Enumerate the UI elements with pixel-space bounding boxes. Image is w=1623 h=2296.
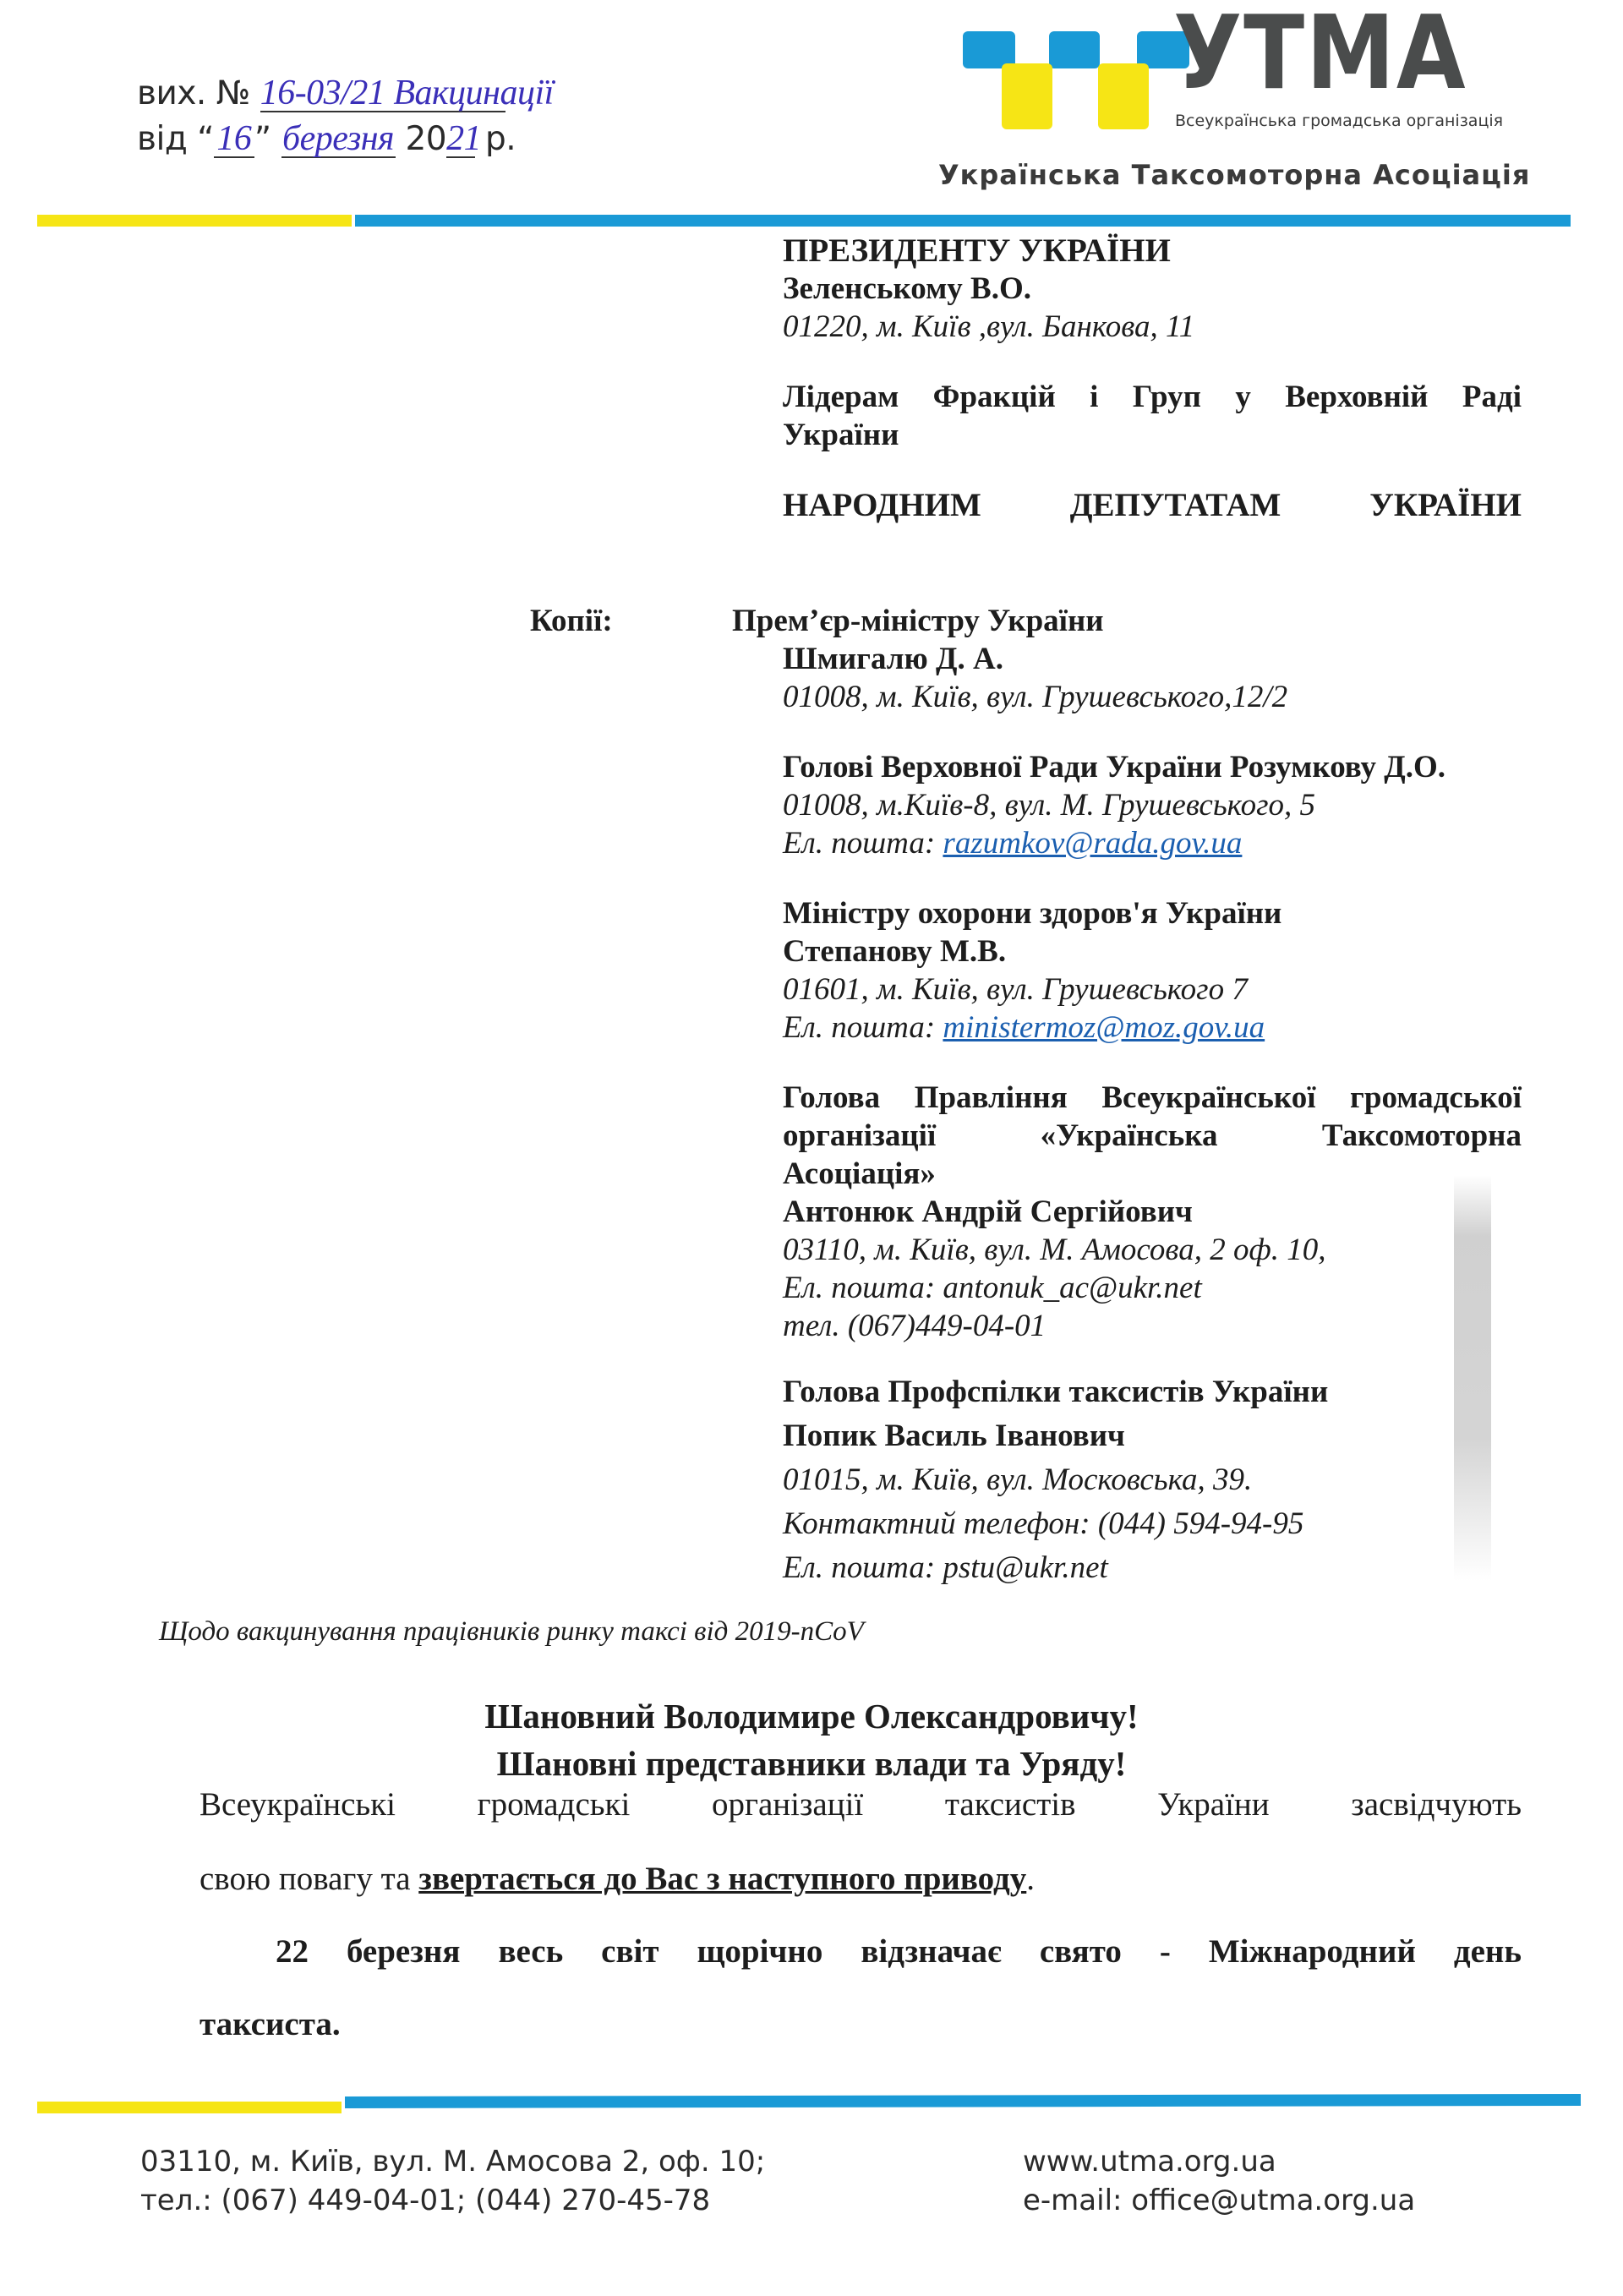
date-day-handwritten: 16 xyxy=(216,119,251,158)
copy-2-email-label: Ел. пошта: xyxy=(783,826,935,861)
year-handwritten: 21 xyxy=(446,119,481,158)
logo-subtitle: Всеукраїнська громадська організація xyxy=(1175,112,1503,130)
logo-yellow-square-icon xyxy=(1098,63,1149,129)
footer-stripe-yellow xyxy=(37,2102,342,2113)
mps-word-2: ДЕПУТАТАМ xyxy=(1070,486,1281,524)
date-month-handwritten: березня xyxy=(282,119,394,158)
copy-4-email: Ел. пошта: antonuk_ac@ukr.net xyxy=(783,1269,1522,1307)
copy-5-email: Ел. пошта: pstu@ukr.net xyxy=(783,1546,1522,1590)
year-unit: р. xyxy=(485,120,516,158)
paragraph-2-line-2: таксиста. xyxy=(199,2004,341,2046)
copy-3-email-label: Ел. пошта: xyxy=(783,1010,935,1045)
president-name: Зеленському В.О. xyxy=(783,270,1522,308)
copy-3-email-link[interactable]: ministermoz@moz.gov.ua xyxy=(943,1010,1265,1045)
copy-5-name: Попик Василь Іванович xyxy=(783,1414,1522,1458)
copy-2-title: Голові Верховної Ради України Розумкову … xyxy=(783,748,1522,786)
faction-leaders-line2: України xyxy=(783,416,1522,454)
mps-word-3: УКРАЇНИ xyxy=(1369,486,1522,524)
date-day-field: 16 xyxy=(214,122,254,158)
copy-4-title-line1: Голова Правління Всеукраїнської громадсь… xyxy=(783,1079,1522,1117)
outgoing-number-block: вих. № 16-03/21 Вакцинації від “16” бере… xyxy=(137,71,516,162)
president-title: ПРЕЗИДЕНТУ УКРАЇНИ xyxy=(783,232,1522,270)
copies-list: Шмигалю Д. А. 01008, м. Київ, вул. Груше… xyxy=(783,640,1522,1590)
copy-3-address: 01601, м. Київ, вул. Грушевського 7 xyxy=(783,970,1522,1009)
footer-address: 03110, м. Київ, вул. М. Амосова 2, оф. 1… xyxy=(140,2142,765,2181)
footer-email[interactable]: e-mail: office@utma.org.ua xyxy=(1023,2181,1415,2220)
copy-5-title: Голова Профспілки таксистів України xyxy=(783,1370,1522,1414)
copy-4-address: 03110, м. Київ, вул. М. Амосова, 2 оф. 1… xyxy=(783,1231,1522,1269)
scan-artifact xyxy=(1454,1175,1491,1581)
footer-contacts: 03110, м. Київ, вул. М. Амосова 2, оф. 1… xyxy=(140,2142,765,2220)
paragraph-1-line-1: Всеукраїнські громадські організації так… xyxy=(199,1784,1522,1826)
copy-3-title: Міністру охорони здоров'я України xyxy=(783,894,1522,932)
copy-5-address: 01015, м. Київ, вул. Московська, 39. xyxy=(783,1458,1522,1502)
copy-3-name: Степанову М.В. xyxy=(783,932,1522,970)
outgoing-label: вих. № xyxy=(137,74,250,112)
copy-1-address: 01008, м. Київ, вул. Грушевського,12/2 xyxy=(783,678,1522,716)
mps-word-1: НАРОДНИМ xyxy=(783,486,981,524)
copy-3-email-line: Ел. пошта: ministermoz@moz.gov.ua xyxy=(783,1009,1522,1047)
year-field: 21 xyxy=(446,122,475,158)
utma-logo: УТМА Всеукраїнська громадська організаці… xyxy=(958,19,1549,128)
copy-2-address: 01008, м.Київ-8, вул. М. Грушевського, 5 xyxy=(783,786,1522,824)
copy-2-email-line: Ел. пошта: razumkov@rada.gov.ua xyxy=(783,824,1522,862)
copy-4-title-line2: організації «Українська Таксомоторна xyxy=(783,1117,1522,1155)
footer-phones: тел.: (067) 449-04-01; (044) 270-45-78 xyxy=(140,2181,765,2220)
salutation-president: Шановний Володимире Олександровичу! xyxy=(0,1692,1623,1740)
header-stripe-yellow xyxy=(37,215,352,227)
copy-4-title-line3: Асоціація» xyxy=(783,1155,1522,1193)
faction-leaders-line1: Лідерам Фракцій і Груп у Верховній Раді xyxy=(783,378,1522,416)
salutation-officials: Шановні представники влади та Уряду! xyxy=(0,1740,1623,1787)
president-address: 01220, м. Київ ,вул. Банкова, 11 xyxy=(783,308,1522,346)
paragraph-2-line-1: 22 березня весь світ щорічно відзначає с… xyxy=(276,1931,1522,1973)
outgoing-number-line: вих. № 16-03/21 Вакцинації xyxy=(137,71,516,117)
logo-wordmark: УТМА xyxy=(1173,0,1467,112)
addressees: ПРЕЗИДЕНТУ УКРАЇНИ Зеленському В.О. 0122… xyxy=(783,232,1522,524)
paragraph-1-line-2: свою повагу та звертається до Вас з наст… xyxy=(199,1858,1035,1900)
outgoing-number-handwritten: 16-03/21 Вакцинації xyxy=(260,74,554,112)
header-stripe-blue xyxy=(355,215,1571,227)
date-month-field: березня xyxy=(281,122,396,158)
copy-5-phone: Контактний телефон: (044) 594-94-95 xyxy=(783,1502,1522,1546)
copy-1-title: Прем’єр-міністру України xyxy=(732,602,1104,640)
logo-blue-square-icon xyxy=(1049,31,1100,68)
appeal-phrase: звертається до Вас з наступного приводу xyxy=(418,1861,1026,1897)
date-label: від xyxy=(137,120,187,158)
salutations: Шановний Володимире Олександровичу! Шано… xyxy=(0,1692,1623,1787)
outgoing-number-field: 16-03/21 Вакцинації xyxy=(260,76,505,112)
subject-line: Щодо вакцинування працівників ринку такс… xyxy=(159,1616,864,1648)
copy-1-name: Шмигалю Д. А. xyxy=(783,640,1522,678)
copy-4-phone: тел. (067)449-04-01 xyxy=(783,1307,1522,1345)
copy-2-email-link[interactable]: razumkov@rada.gov.ua xyxy=(943,826,1242,861)
mps-line: НАРОДНИМ ДЕПУТАТАМ УКРАЇНИ xyxy=(783,486,1522,524)
copies-label: Копії: xyxy=(530,602,613,640)
footer-web: www.utma.org.ua e-mail: office@utma.org.… xyxy=(1023,2142,1415,2220)
year-prefix: 20 xyxy=(405,120,446,158)
organization-name: Українська Таксомоторна Асоціація xyxy=(938,159,1530,191)
logo-yellow-square-icon xyxy=(1002,63,1052,129)
copy-4-name: Антонюк Андрій Сергійович xyxy=(783,1193,1522,1231)
footer-website-link[interactable]: www.utma.org.ua xyxy=(1023,2142,1415,2181)
date-line: від “16” березня 2021 р. xyxy=(137,117,516,162)
footer-stripe-blue xyxy=(345,2094,1581,2108)
